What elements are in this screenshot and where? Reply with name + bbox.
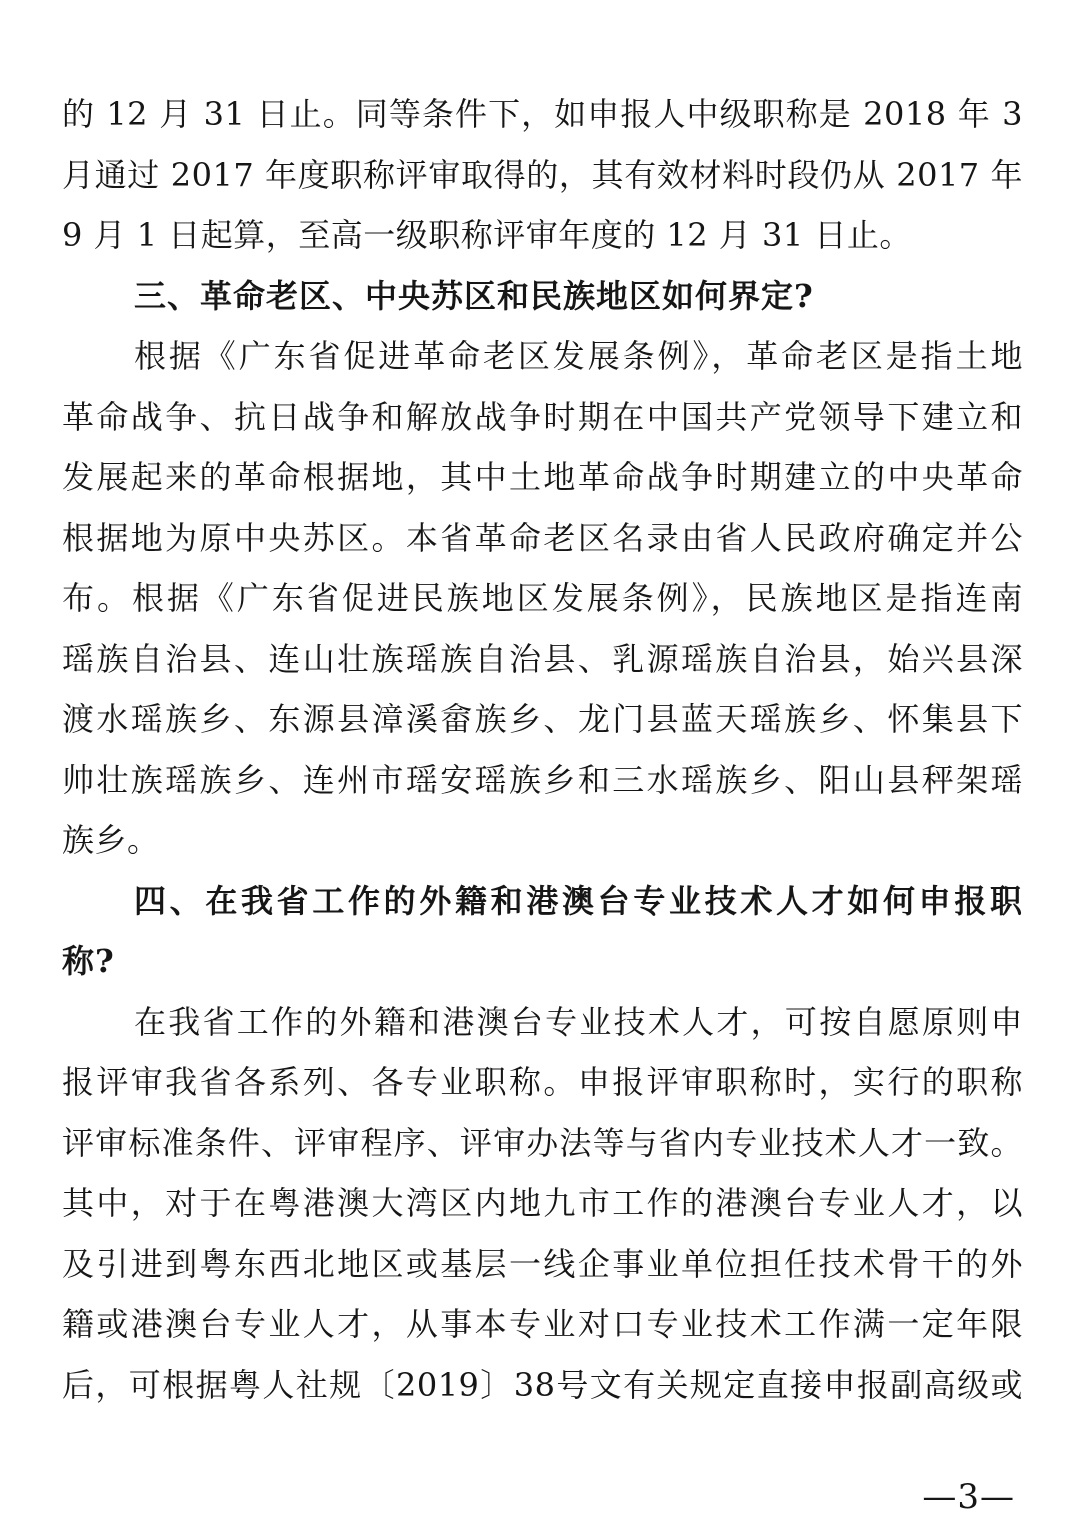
text-line: 月通过 2017 年度职称评审取得的，其有效材料时段仍从 2017 年 [62, 145, 1023, 206]
text-line: 根据地为原中央苏区。本省革命老区名录由省人民政府确定并公 [62, 508, 1023, 569]
text-line: 渡水瑶族乡、东源县漳溪畲族乡、龙门县蓝天瑶族乡、怀集县下 [62, 689, 1023, 750]
text-line: 根据《广东省促进革命老区发展条例》，革命老区是指土地 [62, 326, 1023, 387]
text-line: 其中，对于在粤港澳大湾区内地九市工作的港澳台专业人才，以 [62, 1173, 1023, 1234]
text-line: 帅壮族瑶族乡、连州市瑶安瑶族乡和三水瑶族乡、阳山县秤架瑶 [62, 750, 1023, 811]
text-line: 瑶族自治县、连山壮族瑶族自治县、乳源瑶族自治县，始兴县深 [62, 629, 1023, 690]
text-line: 在我省工作的外籍和港澳台专业技术人才，可按自愿原则申 [62, 992, 1023, 1053]
page-number: —3— [922, 1477, 1015, 1517]
text-line: 四、在我省工作的外籍和港澳台专业技术人才如何申报职 [62, 871, 1023, 932]
paragraph: 在我省工作的外籍和港澳台专业技术人才，可按自愿原则申报评审我省各系列、各专业职称… [62, 992, 1023, 1416]
paragraph: 根据《广东省促进革命老区发展条例》，革命老区是指土地革命战争、抗日战争和解放战争… [62, 326, 1023, 871]
text-line: 后，可根据粤人社规〔2019〕38号文有关规定直接申报副高级或 [62, 1355, 1023, 1416]
document-body: 的 12 月 31 日止。同等条件下，如申报人中级职称是 2018 年 3月通过… [62, 84, 1023, 1415]
text-line: 及引进到粤东西北地区或基层一线企事业单位担任技术骨干的外 [62, 1234, 1023, 1295]
document-page: { "page": { "background": "#ffffff", "te… [0, 0, 1067, 1533]
text-line: 革命战争、抗日战争和解放战争时期在中国共产党领导下建立和 [62, 387, 1023, 448]
text-line: 评审标准条件、评审程序、评审办法等与省内专业技术人才一致。 [62, 1113, 1023, 1174]
text-line: 称? [62, 931, 1023, 992]
text-line: 报评审我省各系列、各专业职称。申报评审职称时，实行的职称 [62, 1052, 1023, 1113]
text-line: 9 月 1 日起算，至高一级职称评审年度的 12 月 31 日止。 [62, 205, 1023, 266]
text-line: 发展起来的革命根据地，其中土地革命战争时期建立的中央革命 [62, 447, 1023, 508]
text-line: 籍或港澳台专业人才，从事本专业对口专业技术工作满一定年限 [62, 1294, 1023, 1355]
paragraph: 的 12 月 31 日止。同等条件下，如申报人中级职称是 2018 年 3月通过… [62, 84, 1023, 266]
section-heading: 三、革命老区、中央苏区和民族地区如何界定? [62, 266, 1023, 327]
text-line: 三、革命老区、中央苏区和民族地区如何界定? [62, 266, 1023, 327]
text-line: 布。根据《广东省促进民族地区发展条例》，民族地区是指连南 [62, 568, 1023, 629]
text-line: 族乡。 [62, 810, 1023, 871]
section-heading: 四、在我省工作的外籍和港澳台专业技术人才如何申报职称? [62, 871, 1023, 992]
text-line: 的 12 月 31 日止。同等条件下，如申报人中级职称是 2018 年 3 [62, 84, 1023, 145]
